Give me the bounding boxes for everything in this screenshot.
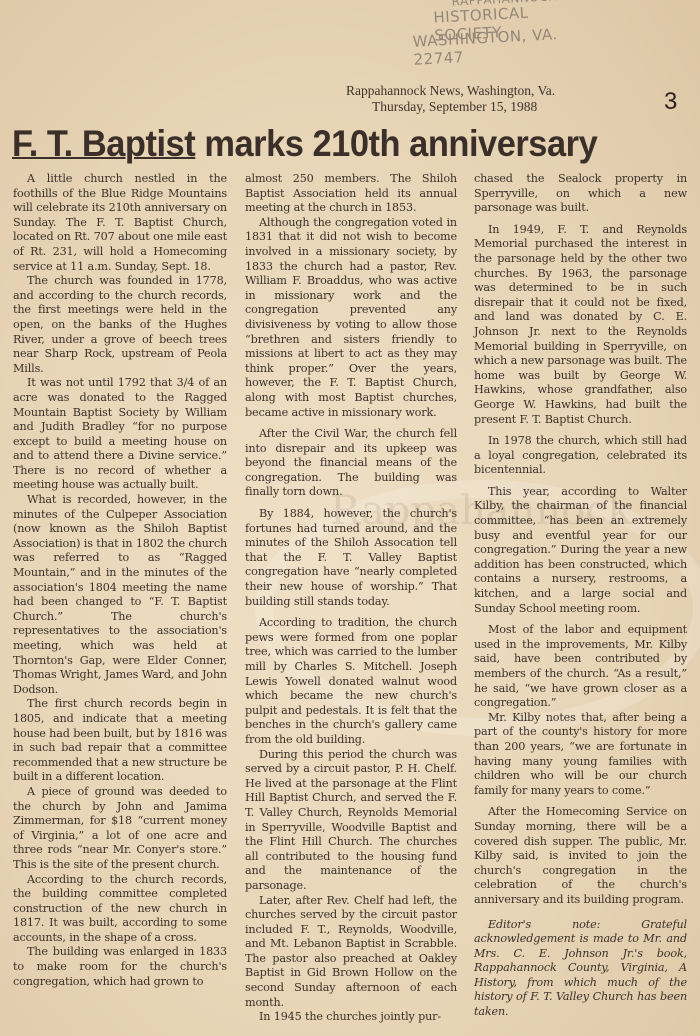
paragraph: The building was enlarged in 1833 to mak… — [13, 945, 227, 989]
publication-name: Rappahannock News, Washington, Va. — [346, 83, 586, 99]
paragraph: This year, according to Walter Kilby, th… — [474, 485, 687, 616]
paragraph: What is recorded, however, in the minute… — [13, 493, 227, 697]
paragraph: A little church nestled in the foothills… — [13, 172, 227, 274]
paragraph: According to tradition, the church pews … — [245, 616, 457, 747]
headline: F. T. Baptist marks 210th anniversary — [12, 122, 644, 166]
newspaper-page: Rappahannock RAPPAHANNOCK HISTORICAL SOC… — [0, 0, 700, 1036]
paragraph: In 1949, F. T. and Reynolds Memorial pur… — [474, 223, 687, 427]
masthead: Rappahannock News, Washington, Va. Thurs… — [346, 83, 586, 115]
paragraph: almost 250 members. The Shiloh Baptist A… — [245, 172, 457, 216]
paragraph: The first church records begin in 1805, … — [13, 697, 227, 785]
paragraph: Although the congregation voted in 1831 … — [245, 216, 457, 420]
page-number: 3 — [664, 88, 677, 116]
paragraph: In 1978 the church, which still had a lo… — [474, 434, 687, 478]
paragraph: After the Civil War, the church fell int… — [245, 427, 457, 500]
paragraph: A piece of ground was deeded to the chur… — [13, 785, 227, 873]
paragraph: By 1884, however, the church's fortunes … — [245, 507, 457, 609]
paragraph: After the Homecoming Service on Sunday m… — [474, 805, 687, 907]
historical-society-stamp: RAPPAHANNOCK HISTORICAL SOCIETY WASHINGT… — [407, 0, 600, 61]
paragraph: Mr. Kilby notes that, after being a part… — [474, 711, 687, 799]
publication-date: Thursday, September 15, 1988 — [346, 99, 586, 115]
paragraph: It was not until 1792 that 3/4 of an acr… — [13, 376, 227, 493]
headline-underlined: F. T. Baptist — [12, 123, 195, 164]
editors-note: Editor's note: Grateful acknowledgement … — [474, 918, 687, 1020]
paragraph: chased the Sealock property in Sperryvil… — [474, 172, 687, 216]
article-column-3: chased the Sealock property in Sperryvil… — [474, 172, 687, 1020]
paragraph: According to the church records, the bui… — [13, 873, 227, 946]
article-column-1: A little church nestled in the foothills… — [13, 172, 227, 989]
paragraph: Most of the labor and equipment used in … — [474, 623, 687, 711]
article-column-2: almost 250 members. The Shiloh Baptist A… — [245, 172, 457, 1025]
paragraph: The church was founded in 1778, and acco… — [13, 274, 227, 376]
headline-rest: marks 210th anniversary — [195, 123, 597, 164]
paragraph: During this period the church was served… — [245, 748, 457, 894]
paragraph: In 1945 the churches jointly pur- — [245, 1010, 457, 1025]
paragraph: Later, after Rev. Chelf had left, the ch… — [245, 894, 457, 1011]
